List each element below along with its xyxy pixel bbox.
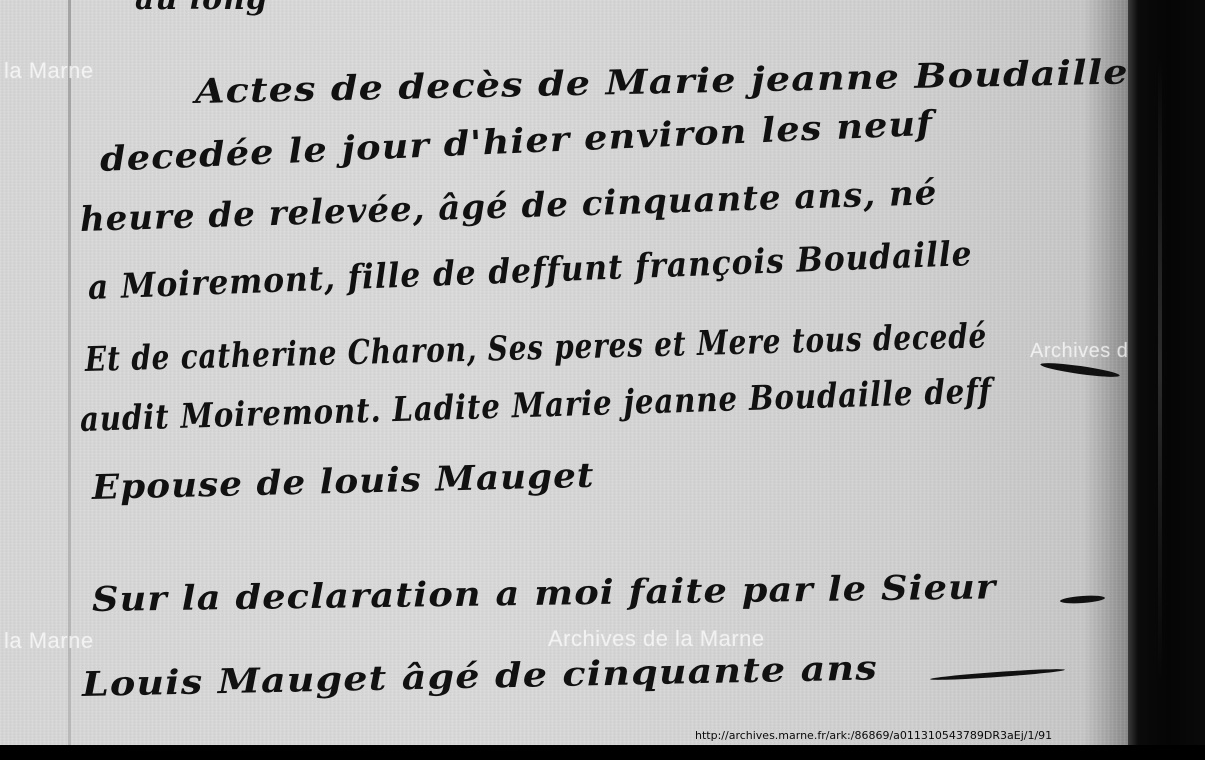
watermark-bottom-left: la Marne xyxy=(4,628,94,654)
handwritten-line-0: au long xyxy=(135,0,268,17)
binding-seam xyxy=(1158,60,1162,680)
bottom-black-band xyxy=(0,745,1205,760)
archive-scan-viewer: la Marne Archives de la Marne Archives d… xyxy=(0,0,1205,760)
source-url-caption: http://archives.marne.fr/ark:/86869/a011… xyxy=(695,729,1052,742)
watermark-top-left: la Marne xyxy=(4,58,94,84)
watermark-right-middle: Archives de xyxy=(1030,340,1140,363)
book-binding-gutter xyxy=(1128,0,1205,745)
watermark-bottom-center: Archives de la Marne xyxy=(548,626,765,652)
